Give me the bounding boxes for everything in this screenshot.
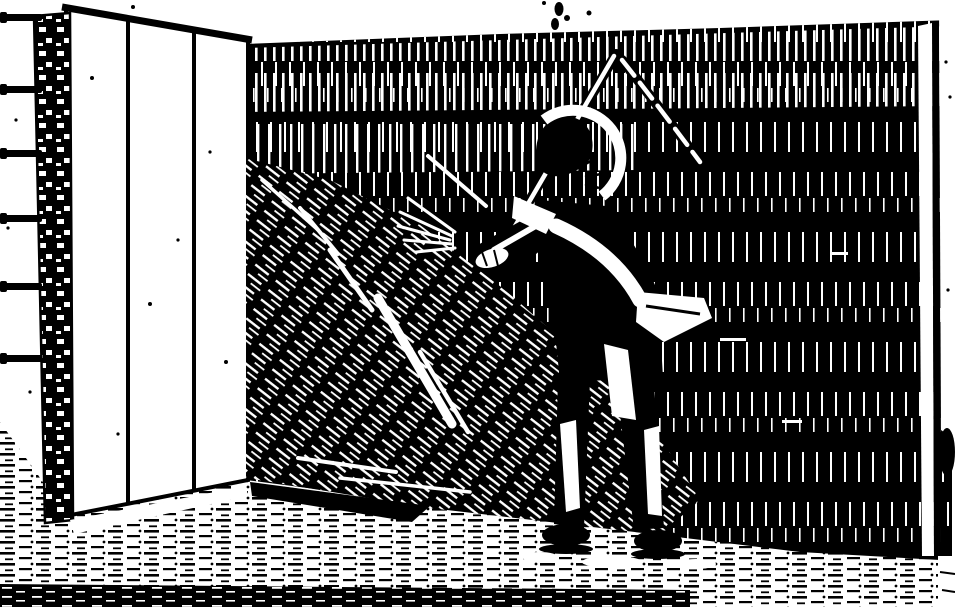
paper-speck: [946, 288, 949, 291]
door-speck: [148, 302, 152, 306]
left-shoe: [542, 524, 590, 546]
paper-speck: [944, 60, 947, 63]
paper-speck: [131, 5, 135, 9]
engraving-thresher-scene: A man in a brimmed hat, jacket and breec…: [0, 0, 955, 607]
floor-light-fleck: [676, 559, 716, 569]
right-paper-margin: [939, 0, 955, 440]
floor-light-fleck: [582, 556, 642, 568]
paper-speck: [28, 390, 31, 393]
door-leaf: [66, 8, 248, 516]
wall-fleck: [720, 338, 746, 341]
right-shoe: [634, 530, 682, 552]
wall-fleck: [782, 420, 802, 423]
door-speck: [116, 432, 119, 435]
wall-fleck: [830, 252, 848, 255]
right-foot-shadow: [631, 549, 685, 559]
right-margin-blot: [939, 428, 955, 476]
door-speck: [90, 76, 94, 80]
floor-corner-light: [938, 556, 955, 607]
door-speck: [176, 238, 179, 241]
door-speck: [208, 150, 211, 153]
paper-speck: [14, 118, 17, 121]
paper-speck: [948, 95, 951, 98]
engraving-canvas: A man in a brimmed hat, jacket and breec…: [0, 0, 955, 607]
door-speck: [224, 360, 228, 364]
paper-speck: [6, 226, 9, 229]
floor-light-fleck: [522, 552, 558, 562]
